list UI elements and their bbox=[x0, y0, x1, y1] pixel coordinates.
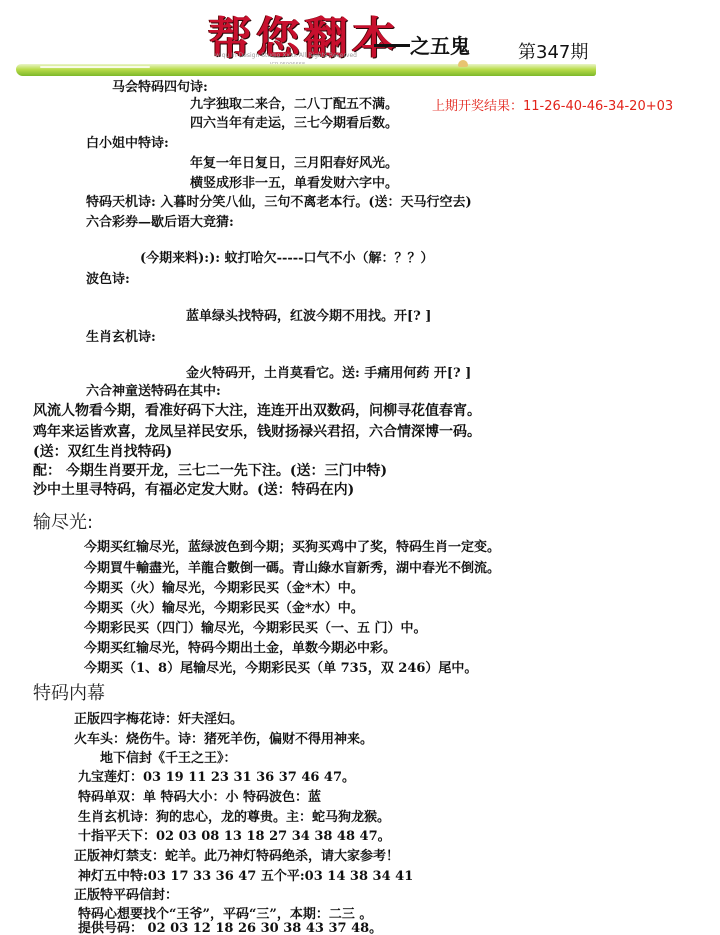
inside-info-line: 火车头：烧伤牛。诗：猪死羊伤，偏财不得用神来。 bbox=[74, 732, 373, 748]
lose-all-line: 今期买（1、8）尾输尽光，今期彩民买（单 735，双 246）尾中。 bbox=[84, 661, 477, 677]
bose-title: 波色诗: bbox=[86, 272, 130, 288]
inside-info-line: 九宝莲灯：03 19 11 23 31 36 37 46 47。 bbox=[78, 770, 355, 786]
section-heading-lose-all: 输尽光: bbox=[33, 508, 93, 534]
section-heading-inside-info: 特码内幕 bbox=[33, 679, 105, 705]
tianji-poem: 特码天机诗: 入暮时分笑八仙，三句不离老本行。(送：天马行空去) bbox=[86, 195, 472, 211]
lose-all-line: 今期买红输尽光，蓝绿波色到今期；买狗买鸡中了奖，特码生肖一定变。 bbox=[84, 540, 500, 556]
bai-title: 白小姐中特诗: bbox=[86, 136, 169, 152]
mahui-line: 四六当年有走运，三七今期看后数。 bbox=[190, 116, 398, 132]
bai-line: 年复一年日复日，三月阳春好风光。 bbox=[190, 156, 398, 172]
inside-info-line: 特码单双：单 特码大小：小 特码波色：蓝 bbox=[78, 790, 321, 806]
xiehouyu-title: 六合彩券—歇后语大竞猜: bbox=[86, 215, 234, 231]
shengxiao-title: 生肖玄机诗: bbox=[86, 330, 156, 346]
header-banner: 帮您翻本 之五鬼 wiqu In Design Studio Xxxx All … bbox=[0, 0, 720, 80]
inside-info-line: 提供号码： 02 03 12 18 26 30 38 43 37 48。 bbox=[78, 921, 382, 935]
shentong-line: 风流人物看今期，看准好码下大注，连连开出双数码，问柳寻花值春宵。 bbox=[33, 403, 481, 419]
lose-all-line: 今期买（火）输尽光，今期彩民买（金*木）中。 bbox=[84, 581, 364, 597]
mahui-title: 马会特码四句诗: bbox=[112, 80, 208, 96]
inside-info-line: 地下信封《千王之王》： bbox=[100, 751, 237, 767]
title-dash-divider bbox=[374, 44, 410, 47]
watermark-text: wiqu In Design Studio Xxxx All Rights Re… bbox=[215, 52, 357, 60]
page-subtitle: 之五鬼 bbox=[410, 30, 470, 59]
issue-number: 第347期 bbox=[518, 38, 588, 64]
inside-info-line: 正版神灯禁支：蛇羊。此乃神灯特码绝杀，请大家参考！ bbox=[74, 849, 399, 865]
shentong-line: 鸡年来运皆欢喜，龙凤呈祥民安乐，钱财扬禄兴君招，六合情深博一码。 bbox=[33, 424, 481, 440]
inside-info-line: 正版四字梅花诗：奸夫淫妇。 bbox=[74, 712, 243, 728]
last-draw-label: 上期开奖结果： bbox=[432, 99, 523, 114]
inside-info-line: 正版特平码信封： bbox=[74, 888, 178, 904]
last-draw-result: 上期开奖结果：11-26-40-46-34-20+03 bbox=[432, 95, 673, 114]
lose-all-line: 今期买红输尽光，特码今期出土金，单数今期必中彩。 bbox=[84, 641, 396, 657]
last-draw-numbers: 11-26-40-46-34-20+03 bbox=[523, 99, 673, 114]
inside-info-line: 神灯五中特:03 17 33 36 47 五个平:03 14 38 34 41 bbox=[78, 869, 413, 885]
lose-all-line: 今期彩民买（四门）输尽光，今期彩民买（一、五 门）中。 bbox=[84, 621, 427, 637]
shentong-line: 沙中土里寻特码，有福必定发大财。(送：特码在内) bbox=[33, 482, 354, 498]
shentong-line: 配： 今期生肖要开龙，三七二一先下注。(送：三门中特) bbox=[33, 463, 387, 479]
inside-info-line: 生肖玄机诗：狗的忠心，龙的尊贵。主：蛇马狗龙猴。 bbox=[78, 810, 390, 826]
bai-line: 横竖成形非一五，单看发财六字中。 bbox=[190, 176, 398, 192]
grass-highlight-decoration bbox=[40, 66, 150, 68]
xiehouyu-line: (今期来料):): 蚊打哈欠-----口气不小（解：？？） bbox=[140, 251, 434, 267]
mascot-icon bbox=[458, 60, 468, 67]
bose-line: 蓝单绿头找特码，红波今期不用找。开[? ] bbox=[186, 309, 431, 325]
lose-all-line: 今期買牛輸盡光，羊龍合數倒一碼。青山綠水盲新秀，湖中春光不倒流。 bbox=[84, 561, 500, 577]
shentong-title: 六合神童送特码在其中: bbox=[86, 384, 221, 400]
mahui-line: 九字独取二来合，二八丁配五不满。 bbox=[190, 97, 398, 113]
shengxiao-line: 金火特码开，土肖莫看它。送: 手痛用何药 开[? ] bbox=[186, 366, 471, 382]
shentong-line: (送：双红生肖找特码) bbox=[33, 444, 172, 460]
lose-all-line: 今期买（火）输尽光，今期彩民买（金*水）中。 bbox=[84, 601, 364, 617]
inside-info-line: 十指平天下：02 03 08 13 18 27 34 38 48 47。 bbox=[78, 829, 391, 845]
